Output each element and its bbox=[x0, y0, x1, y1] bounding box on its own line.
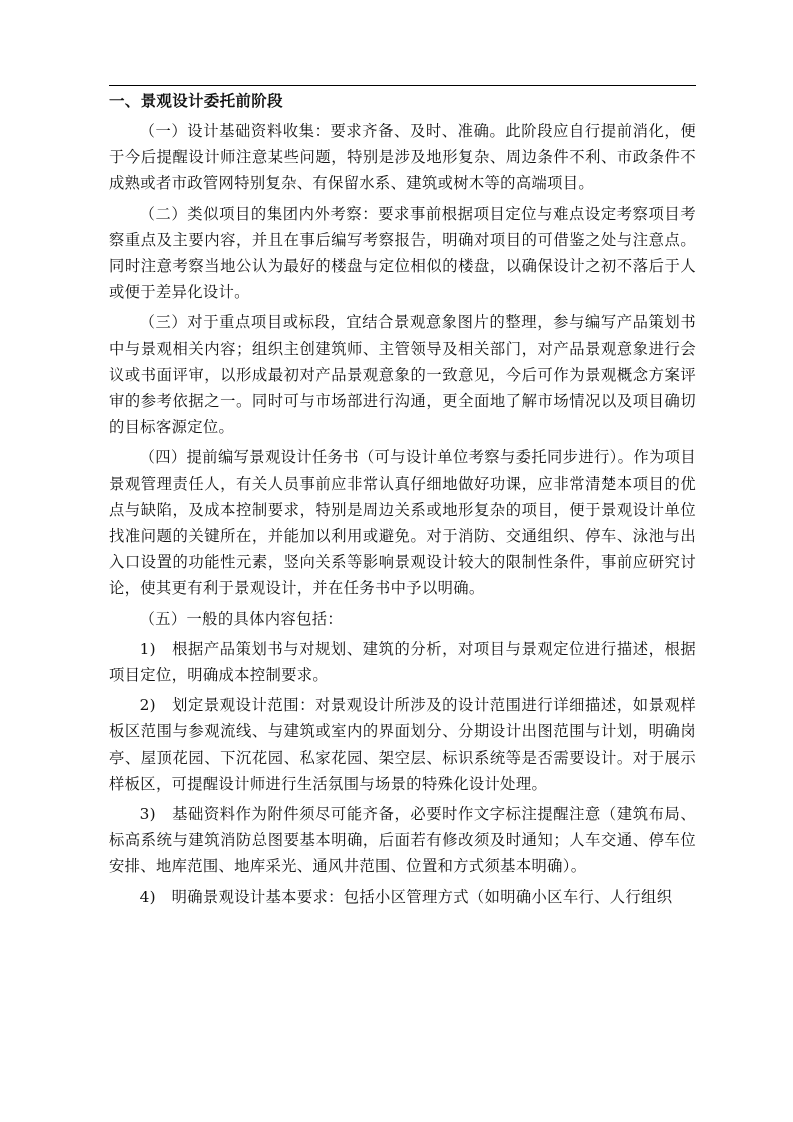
document-page: 一、景观设计委托前阶段 （一）设计基础资料收集：要求齐备、及时、准确。此阶段应自… bbox=[109, 85, 696, 914]
paragraph-2: （二）类似项目的集团内外考察：要求事前根据项目定位与难点设定考察项目考察重点及主… bbox=[109, 201, 696, 306]
paragraph-4: （四）提前编写景观设计任务书（可与设计单位考察与委托同步进行）。作为项目景观管理… bbox=[109, 444, 696, 601]
list-item-2: 2) 划定景观设计范围：对景观设计所涉及的设计范围进行详细描述，如景观样板区范围… bbox=[109, 692, 696, 797]
list-item-4: 4) 明确景观设计基本要求：包括小区管理方式（如明确小区车行、人行组织 bbox=[109, 884, 696, 910]
header-rule bbox=[109, 85, 696, 86]
list-item-1: 1) 根据产品策划书与对规划、建筑的分析，对项目与景观定位进行描述，根据项目定位… bbox=[109, 636, 696, 688]
paragraph-3: （三）对于重点项目或标段，宜结合景观意象图片的整理，参与编写产品策划书中与景观相… bbox=[109, 309, 696, 440]
paragraph-1: （一）设计基础资料收集：要求齐备、及时、准确。此阶段应自行提前消化，便于今后提醒… bbox=[109, 118, 696, 197]
paragraph-5: （五）一般的具体内容包括： bbox=[109, 606, 696, 632]
section-heading: 一、景观设计委托前阶段 bbox=[109, 91, 696, 111]
list-item-3: 3) 基础资料作为附件须尽可能齐备，必要时作文字标注提醒注意（建筑布局、标高系统… bbox=[109, 801, 696, 880]
